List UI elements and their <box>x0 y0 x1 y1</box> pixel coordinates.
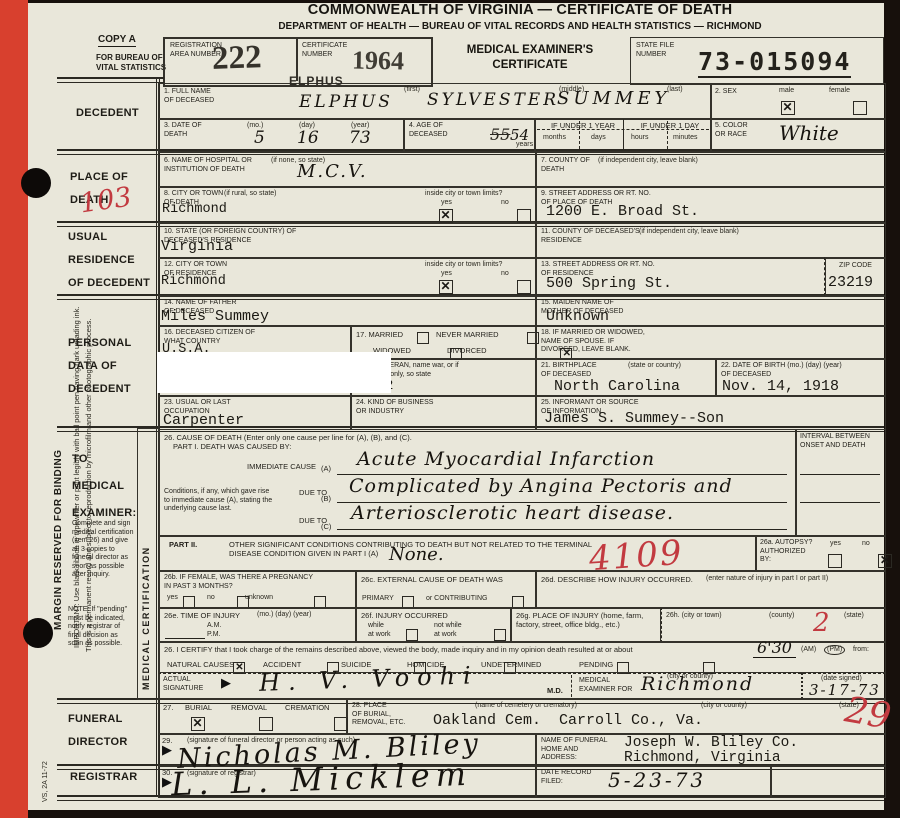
arrow-icon: ▶ <box>221 677 231 689</box>
sex-male-label: male <box>779 87 794 94</box>
cremation-label: CREMATION <box>285 703 329 712</box>
field-1-label: 1. FULL NAME OF DECEASED <box>164 88 214 105</box>
copy-for-label: FOR BUREAU OF VITAL STATISTICS <box>96 53 166 73</box>
field-26a-autopsy: 26a. AUTOPSY? AUTHORIZED BY: yes no <box>755 535 886 572</box>
punch-hole-top <box>21 168 51 198</box>
checkbox-married <box>417 332 429 344</box>
funeral-home-value: Joseph W. Bliley Co. Richmond, Virginia <box>624 736 798 766</box>
burial-label: BURIAL <box>185 703 212 712</box>
divorced-label: DIVORCED <box>447 346 487 355</box>
death-month-value: 5 <box>254 128 265 148</box>
name-stamp: ELPHUS <box>289 74 344 88</box>
name-first-value: ELPHUS <box>299 92 393 112</box>
certify-text: 26. I CERTIFY that I took charge of the … <box>164 645 754 654</box>
field-7-county-of-death: 7. COUNTY OF DEATH (if independent city,… <box>535 152 886 188</box>
interval-label: INTERVAL BETWEEN ONSET AND DEATH <box>800 433 870 450</box>
arrow-icon: ▶ <box>162 744 172 756</box>
removal-label: REMOVAL <box>231 703 267 712</box>
not-while-at-work-label: not while at work <box>434 622 462 639</box>
checkbox-burial <box>191 717 205 731</box>
page-title: COMMONWEALTH OF VIRGINIA — CERTIFICATE O… <box>250 2 790 18</box>
field-18-spouse: 18. IF MARRIED OR WIDOWED, NAME OF SPOUS… <box>535 325 886 360</box>
field-23-occupation: 23. USUAL OR LAST OCCUPATION Carpenter <box>158 395 352 430</box>
field-26c-external: 26c. EXTERNAL CAUSE OF DEATH WAS PRIMARY… <box>355 570 537 609</box>
state-hint: (state) <box>844 612 864 619</box>
burial-red-annotation: 29 <box>842 689 894 737</box>
actual-signature-label: ACTUAL SIGNATURE <box>163 676 203 693</box>
autopsy-no-label: no <box>862 540 870 547</box>
race-value: White <box>779 121 839 145</box>
under-dash-2 <box>667 121 668 149</box>
hospital-value: M.C.V. <box>297 161 368 182</box>
father-value: Miles Summey <box>161 308 269 325</box>
field-26c-label: 26c. EXTERNAL CAUSE OF DEATH WAS <box>361 575 503 584</box>
field-4-under-one: IF UNDER 1 YEAR IF UNDER 1 DAY months da… <box>534 118 712 152</box>
page-subtitle: DEPARTMENT OF HEALTH — BUREAU OF VITAL R… <box>250 21 790 32</box>
am-label: A.M. <box>207 622 221 629</box>
never-married-label: NEVER MARRIED <box>436 330 499 339</box>
zip-value: 23219 <box>828 274 873 291</box>
date-divider-dotted <box>801 673 803 699</box>
immediate-cause-label: IMMEDIATE CAUSE <box>247 462 316 471</box>
field-4-age: 4. AGE OF DECEASED 55 54 years <box>403 118 536 152</box>
state-file-label: STATE FILE NUMBER <box>636 42 674 59</box>
hours-label: hours <box>631 134 649 141</box>
death-certificate-scan: MARGIN RESERVED FOR BINDING IMPORTANT: U… <box>0 0 900 818</box>
redaction-box <box>157 352 391 393</box>
residence-city-value: Richmond <box>161 274 226 289</box>
field-11-county-residence: 11. COUNTY OF DECEASED'S RESIDENCE (if i… <box>535 223 886 259</box>
me-signature-row: ACTUAL SIGNATURE ▶ H. V. Voohi M.D. MEDI… <box>158 672 886 700</box>
under-solid <box>623 119 624 151</box>
field-26e-label: 26e. TIME OF INJURY <box>164 611 240 620</box>
checkbox-primary <box>402 596 414 608</box>
margin-binding-text: MARGIN RESERVED FOR BINDING <box>53 290 64 630</box>
mother-value: Unknown <box>546 308 609 325</box>
residence-state-value: Virginia <box>161 238 233 255</box>
copy-label: COPY A <box>98 34 136 47</box>
field-28-place-of-burial: 28. PLACE OF BURIAL, REMOVAL, ETC. (name… <box>346 698 886 735</box>
field-21-label: 21. BIRTHPLACE OF DECEASED <box>541 362 597 379</box>
registration-area-number: 222 <box>211 39 262 78</box>
field-11-label: 11. COUNTY OF DECEASED'S RESIDENCE <box>541 228 640 245</box>
field-2-sex: 2. SEX male female <box>710 83 886 120</box>
part-1-label: PART I. DEATH WAS CAUSED BY: <box>173 442 291 451</box>
funeral-home-label: NAME OF FUNERAL HOME AND ADDRESS: <box>541 737 608 763</box>
am-paren: (AM) <box>801 646 816 653</box>
certify-time-value: 6'30 <box>753 638 796 658</box>
checkbox-sex-female <box>853 101 867 115</box>
field-15-mother: 15. MAIDEN NAME OF MOTHER OF DECEASED Un… <box>535 296 886 327</box>
field-8-city-of-death: 8. CITY OR TOWN OF DEATH (if rural, so s… <box>158 186 537 223</box>
medical-examiner-for-value: Richmond <box>641 673 754 695</box>
field-4-label: 4. AGE OF DECEASED <box>409 122 448 139</box>
field-26e-time-injury: 26e. TIME OF INJURY (mo.) (day) (year) A… <box>158 607 357 643</box>
preg-no-label: no <box>207 594 215 601</box>
death-year-value: 73 <box>349 128 371 148</box>
residence-street-value: 500 Spring St. <box>546 275 672 292</box>
time-line <box>165 638 205 639</box>
sig-divider-dashed <box>571 675 572 697</box>
field-5-label: 5. COLOR OR RACE <box>715 122 748 139</box>
res-limits-no-label: no <box>501 270 509 277</box>
field-9-street: 9. STREET ADDRESS OR RT. NO. OF PLACE OF… <box>535 186 886 223</box>
cause-b-label: (B) <box>321 494 331 503</box>
field-12-limits-label: inside city or town limits? <box>425 261 502 268</box>
birthplace-value: North Carolina <box>554 378 680 395</box>
age-struck-value: 55 <box>490 125 510 144</box>
field-26b-pregnancy: 26b. IF FEMALE, WAS THERE A PREGNANCY IN… <box>158 570 357 609</box>
field-8-hint: (if rural, so state) <box>224 190 277 197</box>
limits-yes-label: yes <box>441 199 452 206</box>
side-pending-note: NOTE: If "pending" must be indicated, no… <box>68 606 132 649</box>
field-5-color-race: 5. COLOR OR RACE White <box>710 118 886 152</box>
days-label: days <box>591 134 606 141</box>
checkbox-removal <box>259 717 273 731</box>
field-6-label: 6. NAME OF HOSPITAL OR INSTITUTION OF DE… <box>164 157 252 174</box>
cause-c-value: Arteriosclerotic heart disease. <box>351 502 674 524</box>
date-filed-value: 5-23-73 <box>608 768 706 792</box>
checkbox-res-limits-yes <box>439 280 453 294</box>
preg-yes-label: yes <box>167 594 178 601</box>
field-28-label: 28. PLACE OF BURIAL, REMOVAL, ETC. <box>352 702 406 728</box>
name-middle-value: SYLVESTER <box>427 90 559 110</box>
pm-paren-circled: (PM) <box>824 645 845 655</box>
cause-c-label: (C) <box>321 522 331 531</box>
field-3-label: 3. DATE OF DEATH <box>164 122 202 139</box>
field-14-father: 14. NAME OF FATHER OF DECEASED Miles Sum… <box>158 296 537 327</box>
birthdate-value: Nov. 14, 1918 <box>722 378 839 395</box>
field-24-industry: 24. KIND OF BUSINESS OR INDUSTRY <box>350 395 537 430</box>
field-26e-hints: (mo.) (day) (year) <box>257 611 311 618</box>
checkbox-death-limits-yes <box>439 209 453 223</box>
side-usual-residence: USUAL RESIDENCE OF DECEDENT <box>68 226 150 295</box>
conditions-note: Conditions, if any, which gave rise to i… <box>164 488 272 514</box>
side-to-medical-examiner: TO MEDICAL EXAMINER: <box>72 446 136 527</box>
cause-b-value: Complicated by Angina Pectoris and <box>349 475 733 497</box>
cause-a-label: (A) <box>321 464 331 473</box>
field-13-zip: ZIP CODE 23219 <box>824 257 886 296</box>
name-last-value: SUMMEY <box>557 88 670 109</box>
preg-unknown-label: unknown <box>245 594 273 601</box>
field-12-city-residence: 12. CITY OR TOWN OF RESIDENCE Richmond i… <box>158 257 537 296</box>
field-7-hint: (if independent city, leave blank) <box>598 157 698 164</box>
field-26g-label: 26g. PLACE OF INJURY (home, farm, factor… <box>516 611 643 629</box>
burial-city-hint: (city or county) <box>701 702 747 709</box>
side-me-note: Complete and sign medical certification … <box>72 520 136 580</box>
medical-examiners-certificate-label: MEDICAL EXAMINER'S CERTIFICATE <box>430 43 630 73</box>
side-decedent: DECEDENT <box>76 102 139 125</box>
field-26f-label: 26f. INJURY OCCURRED <box>361 611 448 620</box>
field-29-funeral-home: NAME OF FUNERAL HOME AND ADDRESS: Joseph… <box>535 733 886 767</box>
field-26h-label: 26h. (city or town) <box>666 612 722 619</box>
field-8-limits-label: inside city or town limits? <box>425 190 502 197</box>
place-of-burial-value: Oakland Cem. Carroll Co., Va. <box>433 712 703 729</box>
interval-column: INTERVAL BETWEEN ONSET AND DEATH <box>795 429 886 537</box>
pm-label: P.M. <box>207 631 221 638</box>
binding-red-stripe <box>0 0 28 818</box>
field-6-hospital: 6. NAME OF HOSPITAL OR INSTITUTION OF DE… <box>158 152 537 188</box>
side-personal-data: PERSONAL DATA OF DECEDENT <box>68 332 132 401</box>
contributing-label: or CONTRIBUTING <box>426 595 487 602</box>
autopsy-yes-label: yes <box>830 540 841 547</box>
minutes-label: minutes <box>673 134 698 141</box>
field-27-disposition: 27. BURIAL REMOVAL CREMATION <box>158 698 348 735</box>
pending-label: PENDING <box>579 660 613 669</box>
field-21-birthplace: 21. BIRTHPLACE OF DECEASED (state or cou… <box>535 358 717 397</box>
married-label: 17. MARRIED <box>356 330 403 339</box>
natural-causes-label: NATURAL CAUSES <box>167 660 234 669</box>
undetermined-label: UNDETERMINED <box>481 660 541 669</box>
medical-certification-label: MEDICAL CERTIFICATION <box>141 440 151 690</box>
checkbox-preg-yes <box>183 596 195 608</box>
certificate-number: 1964 <box>352 46 405 77</box>
checkbox-contributing <box>512 596 524 608</box>
md-label: M.D. <box>547 686 563 695</box>
form-code: VS, 2A 11-72 <box>42 712 49 802</box>
cause-a-value: Acute Myocardial Infarction <box>357 448 655 470</box>
checkbox-res-limits-no <box>517 280 531 294</box>
field-21-hint: (state or country) <box>628 362 681 369</box>
side-funeral-director: FUNERAL DIRECTOR <box>68 708 128 754</box>
field-24-label: 24. KIND OF BUSINESS OR INDUSTRY <box>356 399 433 416</box>
checkbox-autopsy-no <box>878 554 892 568</box>
empty-cell <box>770 765 886 798</box>
field-30-registrar-signature: 30. ▶ (signature of registrar) L. L. Mic… <box>158 765 537 798</box>
age-unit: years <box>516 141 533 148</box>
field-7-label: 7. COUNTY OF DEATH <box>541 157 590 174</box>
field-26d-label: 26d. DESCRIBE HOW INJURY OCCURRED. <box>541 575 693 584</box>
field-27-label: 27. <box>163 703 173 712</box>
medical-examiner-for-label: MEDICAL EXAMINER FOR <box>579 677 632 694</box>
checkbox-while-at-work <box>406 629 418 641</box>
state-red-annotation: 2 <box>813 608 830 638</box>
state-file-number: 73-015094 <box>698 47 851 78</box>
sex-female-label: female <box>829 87 850 94</box>
field-30-date-filed: DATE RECORD FILED: 5-23-73 <box>535 765 772 798</box>
checkbox-sex-male <box>781 101 795 115</box>
field-10-state: 10. STATE (OR FOREIGN COUNTRY) OF DECEAS… <box>158 223 537 259</box>
field-26a-label: 26a. AUTOPSY? AUTHORIZED BY: <box>760 539 812 565</box>
field-22-label: 22. DATE OF BIRTH (mo.) (day) (year) OF … <box>721 362 842 379</box>
county-hint: (county) <box>769 612 794 619</box>
street-of-death-value: 1200 E. Broad St. <box>546 203 699 220</box>
field-25-informant: 25. INFORMANT OR SOURCE OF INFORMATION J… <box>535 395 886 430</box>
cemetery-hint: (name of cemetery or crematory) <box>475 702 577 709</box>
date-filed-label: DATE RECORD FILED: <box>541 769 591 786</box>
divider-header <box>57 77 164 83</box>
primary-label: PRIMARY <box>362 595 394 602</box>
checkbox-death-limits-no <box>517 209 531 223</box>
zip-label: ZIP CODE <box>839 262 872 269</box>
under-dash-1 <box>579 121 580 149</box>
field-22-birthdate: 22. DATE OF BIRTH (mo.) (day) (year) OF … <box>715 358 886 397</box>
interval-line-a <box>800 474 880 475</box>
months-label: months <box>543 134 566 141</box>
field-26-cause-of-death: 26. CAUSE OF DEATH (Enter only one cause… <box>158 429 797 537</box>
cause-c-line <box>337 529 787 530</box>
field-13-street-residence: 13. STREET ADDRESS OR RT. NO. OF RESIDEN… <box>535 257 826 296</box>
part-2-row: PART II. OTHER SIGNIFICANT CONDITIONS CO… <box>158 535 757 572</box>
field-26d-how-injury: 26d. DESCRIBE HOW INJURY OCCURRED. (ente… <box>535 570 886 609</box>
while-at-work-label: while at work <box>368 622 391 639</box>
punch-hole-bottom <box>23 618 53 648</box>
field-3-date-of-death: 3. DATE OF DEATH (mo.) (day) (year) 5 16… <box>158 118 405 152</box>
checkbox-autopsy-yes <box>828 554 842 568</box>
field-26g-place-injury: 26g. PLACE OF INJURY (home, farm, factor… <box>510 607 662 643</box>
informant-value: James S. Summey--Son <box>544 410 724 427</box>
field-26f-injury-work: 26f. INJURY OCCURRED while at work not w… <box>355 607 512 643</box>
occupation-value: Carpenter <box>163 412 244 429</box>
certificate-number-label: CERTIFICATE NUMBER <box>302 42 347 59</box>
field-1-full-name: 1. FULL NAME OF DECEASED (first) (middle… <box>158 83 712 120</box>
hint-first: (first) <box>404 86 420 93</box>
checkbox-preg-unknown <box>314 596 326 608</box>
interval-line-b <box>800 502 880 503</box>
res-limits-yes-label: yes <box>441 270 452 277</box>
field-26-label: 26. CAUSE OF DEATH (Enter only one cause… <box>164 433 412 442</box>
field-26b-label: 26b. IF FEMALE, WAS THERE A PREGNANCY IN… <box>164 574 313 591</box>
field-18-label: 18. IF MARRIED OR WIDOWED, NAME OF SPOUS… <box>541 329 645 355</box>
part-2-label: PART II. <box>169 540 197 549</box>
field-2-label: 2. SEX <box>715 88 737 97</box>
field-11-hint: (if independent city, leave blank) <box>639 228 739 235</box>
field-26d-hint: (enter nature of injury in part I or par… <box>706 575 828 582</box>
limits-no-label: no <box>501 199 509 206</box>
death-day-value: 16 <box>297 128 319 148</box>
part-2-value: None. <box>389 544 444 565</box>
checkbox-not-while-at-work <box>494 629 506 641</box>
from-label: from: <box>853 646 869 653</box>
city-of-death-value: Richmond <box>162 202 227 217</box>
